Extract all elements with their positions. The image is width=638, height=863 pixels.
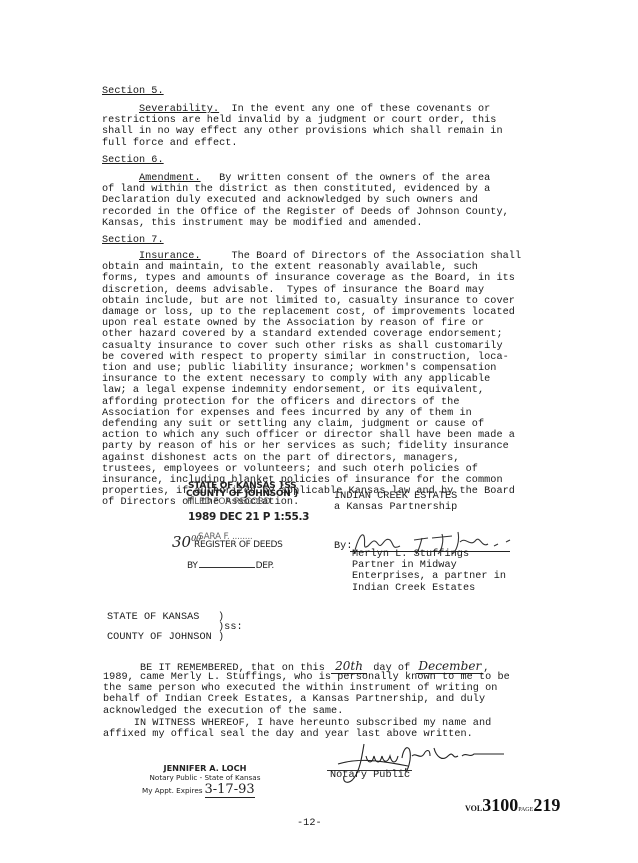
section-7-heading: Section 7. bbox=[102, 235, 164, 246]
signatory-details: Merlyn L. Stuffings Partner in Midway En… bbox=[352, 549, 506, 594]
notary-seal-expiry: My Appt. Expires3-17-93 bbox=[142, 782, 255, 797]
volume-page-reference: VOL3100PAGE219 bbox=[465, 795, 560, 816]
section-7-title: Insurance. bbox=[139, 251, 201, 262]
venue-county: COUNTY OF JOHNSON bbox=[107, 632, 212, 643]
signatory-entity-type: a Kansas Partnership bbox=[334, 502, 457, 513]
notary-public-label: Notary Public bbox=[330, 770, 410, 781]
acknowledgment-body: 1989, came Merly L. Stuffings, who is pe… bbox=[103, 672, 523, 717]
signatory-entity: INDIAN CREEK ESTATES bbox=[334, 491, 457, 502]
stamp-register-title: REGISTER OF DEEDS bbox=[194, 541, 283, 550]
section-5-body: Severability. In the event any one of th… bbox=[102, 104, 522, 149]
page-number: -12- bbox=[297, 818, 322, 829]
section-7-body: Insurance. The Board of Directors of the… bbox=[102, 251, 522, 509]
signatory-block: INDIAN CREEK ESTATES a Kansas Partnershi… bbox=[334, 491, 457, 513]
stamp-filed-line: FILED FOR RECORD bbox=[187, 498, 270, 507]
notary-signature bbox=[318, 742, 508, 792]
section-5-title: Severability. bbox=[139, 104, 219, 115]
section-6-title: Amendment. bbox=[139, 173, 201, 184]
section-6-heading: Section 6. bbox=[102, 155, 164, 166]
notary-seal-name: JENNIFER A. LOCH bbox=[150, 763, 260, 773]
witness-clause: IN WITNESS WHEREOF, I have hereunto subs… bbox=[103, 718, 523, 740]
signatory-name: Merlyn L. Stuffings bbox=[352, 549, 469, 560]
stamp-by-line: BYDEP. bbox=[187, 561, 274, 571]
handwritten-expiry: 3-17-93 bbox=[205, 782, 255, 798]
section-5-heading: Section 5. bbox=[102, 86, 164, 97]
venue-state: STATE OF KANSAS bbox=[107, 612, 199, 623]
document-page: Section 5. Severability. In the event an… bbox=[0, 0, 638, 863]
section-6-body: Amendment. By written consent of the own… bbox=[102, 173, 522, 229]
stamp-datetime: 1989 DEC 21 P 1:55.3 bbox=[188, 512, 309, 523]
notary-seal-title: Notary Public - State of Kansas bbox=[140, 773, 270, 782]
